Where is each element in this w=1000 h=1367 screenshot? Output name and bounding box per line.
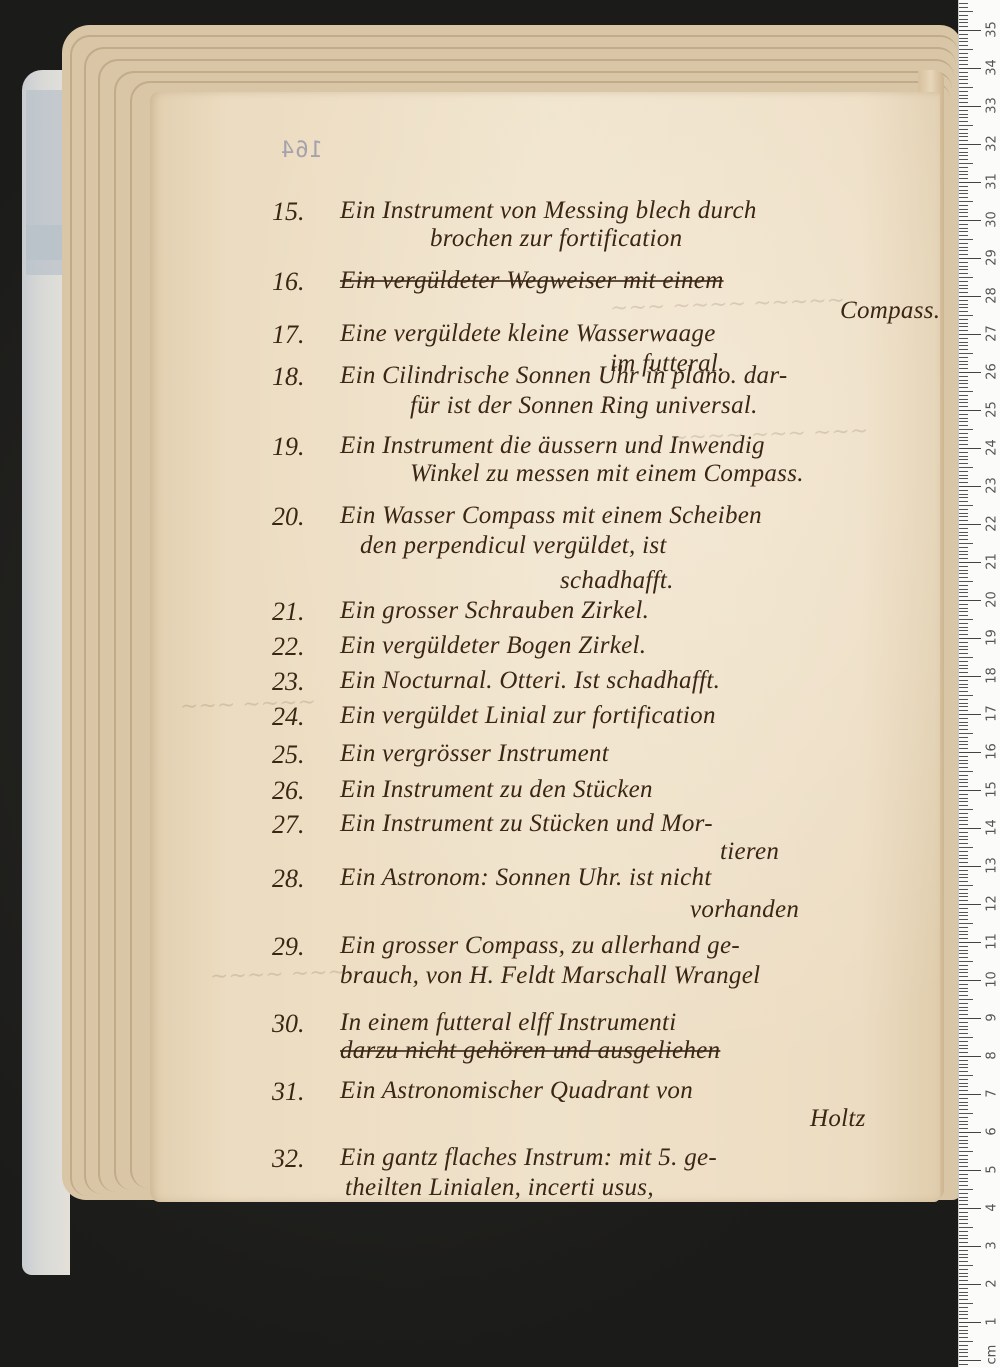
entry-line: Ein Instrument zu Stücken und Mor-	[340, 810, 713, 838]
ruler-tick	[959, 1280, 968, 1281]
ruler-tick	[959, 1090, 968, 1091]
folio-number: 164	[280, 138, 323, 163]
ruler-tick	[959, 406, 968, 407]
ruler-tick	[959, 980, 981, 981]
ruler-tick	[959, 596, 968, 597]
ruler-tick	[959, 817, 968, 818]
ruler-tick	[959, 330, 968, 331]
ruler-tick	[959, 110, 968, 111]
ruler-tick	[959, 1345, 968, 1346]
ruler-cm-label: 16	[985, 743, 1000, 761]
ruler-tick	[959, 399, 968, 400]
ruler-tick	[959, 1022, 968, 1023]
ruler-tick	[959, 186, 968, 187]
ruler-tick	[959, 1098, 968, 1099]
ruler-tick	[959, 600, 981, 601]
ruler-tick	[959, 532, 968, 533]
ruler-tick	[959, 1174, 968, 1175]
ruler-tick	[959, 1045, 968, 1046]
ruler-tick	[959, 627, 968, 628]
ruler-tick	[959, 516, 968, 517]
ruler-tick	[959, 1299, 968, 1300]
ruler-cm-label: 31	[985, 173, 1000, 191]
entry-line: Ein Astronomischer Quadrant von	[340, 1077, 693, 1105]
ruler-tick	[959, 931, 968, 932]
ruler-tick	[959, 946, 968, 947]
ruler-tick	[959, 349, 968, 350]
ruler-tick	[959, 988, 968, 989]
ruler-tick	[959, 889, 968, 890]
ruler-tick	[959, 1212, 968, 1213]
ruler-tick	[959, 725, 968, 726]
ruler-tick	[959, 1242, 968, 1243]
entry-line: Ein gantz flaches Instrum: mit 5. ge-	[340, 1144, 717, 1172]
ruler-cm-label: 10	[985, 971, 1000, 989]
ruler-tick	[959, 1166, 968, 1167]
ruler-tick	[959, 1227, 973, 1228]
ruler-tick	[959, 114, 968, 115]
ruler-tick	[959, 957, 968, 958]
ruler-tick	[959, 934, 968, 935]
ruler-tick	[959, 573, 968, 574]
ruler-tick	[959, 855, 968, 856]
ruler-tick	[959, 638, 981, 639]
ruler-tick	[959, 163, 973, 164]
ruler-cm-label: 19	[985, 629, 1000, 647]
entry-line: darzu nicht gehören und ausgeliehen	[340, 1037, 720, 1065]
ruler-tick	[959, 414, 968, 415]
ruler-cm-label: 30	[985, 211, 1000, 229]
ruler-tick	[959, 1162, 968, 1163]
entry-line: Ein Nocturnal. Otteri. Ist schadhafft.	[340, 667, 720, 695]
ruler-tick	[959, 687, 968, 688]
ruler-tick	[959, 699, 968, 700]
ruler-tick	[959, 269, 968, 270]
ruler-tick	[959, 661, 968, 662]
ruler-tick	[959, 843, 968, 844]
ruler-tick	[959, 296, 981, 297]
ruler-tick	[959, 995, 968, 996]
ruler-tick	[959, 315, 973, 316]
ruler-tick	[959, 763, 968, 764]
ruler-tick	[959, 98, 968, 99]
ruler-cm-label: 6	[985, 1123, 1000, 1141]
ruler-cm-label: 5	[985, 1161, 1000, 1179]
ruler-cm-label: 9	[985, 1009, 1000, 1027]
ruler-tick	[959, 1257, 968, 1258]
ruler-tick	[959, 665, 968, 666]
ruler-tick	[959, 1105, 968, 1106]
ruler-tick	[959, 554, 968, 555]
ruler-tick	[959, 1314, 968, 1315]
entry-number: 32.	[272, 1144, 322, 1174]
ruler-tick	[959, 794, 968, 795]
ruler-tick	[959, 885, 973, 886]
ruler-tick	[959, 1318, 968, 1319]
ruler-tick	[959, 1052, 968, 1053]
entry-number: 26.	[272, 776, 322, 806]
ruler-tick	[959, 509, 968, 510]
ruler-tick	[959, 1330, 968, 1331]
ruler-cm-label: 23	[985, 477, 1000, 495]
ruler-tick	[959, 1155, 968, 1156]
ruler-tick	[959, 1193, 968, 1194]
ruler-tick	[959, 839, 968, 840]
ruler-tick	[959, 1033, 968, 1034]
ruler-tick	[959, 881, 968, 882]
ruler-tick	[959, 167, 968, 168]
ruler-tick	[959, 224, 968, 225]
ruler-tick	[959, 866, 981, 867]
ruler-tick	[959, 391, 973, 392]
ruler-tick	[959, 691, 968, 692]
entry-line: Ein Instrument von Messing blech durch	[340, 197, 757, 225]
ruler-tick	[959, 1326, 968, 1327]
ruler-tick	[959, 1364, 968, 1365]
ruler-tick	[959, 1003, 968, 1004]
entry-line: tieren	[720, 838, 779, 866]
ruler-tick	[959, 49, 973, 50]
ruler-tick	[959, 847, 973, 848]
ruler-tick	[959, 475, 968, 476]
ruler-tick	[959, 1216, 968, 1217]
ruler-tick	[959, 828, 981, 829]
ruler-tick	[959, 171, 968, 172]
ruler-tick	[959, 383, 968, 384]
ruler-tick	[959, 125, 973, 126]
ruler-tick	[959, 893, 968, 894]
ruler-tick	[959, 668, 968, 669]
entry-line: brauch, von H. Feldt Marschall Wrangel	[340, 962, 760, 990]
ruler-tick	[959, 72, 968, 73]
entry-line: schadhafft.	[560, 567, 674, 595]
ruler-tick	[959, 744, 968, 745]
ruler-cm-label: 17	[985, 705, 1000, 723]
bleed-through-text: ~~~~ ~~~	[210, 960, 347, 990]
ruler-tick	[959, 178, 968, 179]
ruler-tick	[959, 334, 981, 335]
ruler-tick	[959, 923, 973, 924]
ruler-tick	[959, 1295, 968, 1296]
ruler-tick	[959, 140, 968, 141]
ruler-tick	[959, 456, 968, 457]
ruler-tick	[959, 41, 968, 42]
ruler-cm-label: 22	[985, 515, 1000, 533]
ruler-tick	[959, 1014, 968, 1015]
ruler-tick	[959, 782, 968, 783]
ruler-tick	[959, 1071, 968, 1072]
ruler-cm-label: 14	[985, 819, 1000, 837]
entry-line: brochen zur fortification	[430, 225, 682, 253]
ruler-tick	[959, 1056, 981, 1057]
ruler-tick	[959, 34, 968, 35]
entry-line: Eine vergüldete kleine Wasserwaage	[340, 320, 716, 348]
ruler-tick	[959, 201, 973, 202]
ruler-tick	[959, 976, 968, 977]
ruler-tick	[959, 824, 968, 825]
ruler-tick	[959, 801, 968, 802]
ruler-cm-label: 4	[985, 1199, 1000, 1217]
ruler-tick	[959, 1265, 973, 1266]
ruler-tick	[959, 1109, 968, 1110]
ruler-tick	[959, 528, 968, 529]
ruler-tick	[959, 1178, 968, 1179]
ruler-tick	[959, 965, 968, 966]
ruler-tick	[959, 307, 968, 308]
ruler-cm-label: 11	[985, 933, 1000, 951]
ruler-tick	[959, 1292, 968, 1293]
ruler-cm-label: 12	[985, 895, 1000, 913]
ruler-tick	[959, 231, 968, 232]
entry-number: 17.	[272, 320, 322, 350]
ruler-tick	[959, 262, 968, 263]
entry-line: Ein vergüldeter Bogen Zirkel.	[340, 632, 646, 660]
ruler-tick	[959, 304, 968, 305]
ruler-tick	[959, 1067, 968, 1068]
ruler-tick	[959, 615, 968, 616]
ruler-tick	[959, 653, 968, 654]
ruler-tick	[959, 364, 968, 365]
ruler-cm-label: 21	[985, 553, 1000, 571]
ruler-tick	[959, 1341, 973, 1342]
ruler-tick	[959, 57, 968, 58]
ruler-tick	[959, 756, 968, 757]
ruler-tick	[959, 494, 968, 495]
ruler-tick	[959, 1029, 968, 1030]
ruler-tick	[959, 1048, 968, 1049]
ruler-tick	[959, 760, 968, 761]
ruler-tick	[959, 695, 973, 696]
ruler-tick	[959, 1219, 968, 1220]
ruler-tick	[959, 338, 968, 339]
ruler-tick	[959, 1303, 973, 1304]
entry-line: theilten Linialen, incerti usus,	[345, 1174, 654, 1202]
ruler-tick	[959, 623, 968, 624]
ruler-tick	[959, 471, 968, 472]
ruler-tick	[959, 634, 968, 635]
ruler-cm-label: 25	[985, 401, 1000, 419]
ruler-tick	[959, 961, 973, 962]
ruler-tick	[959, 832, 968, 833]
ruler-tick	[959, 836, 968, 837]
entry-number: 21.	[272, 597, 322, 627]
ruler-tick	[959, 805, 968, 806]
ruler-tick	[959, 877, 968, 878]
ruler-tick	[959, 482, 968, 483]
ruler-tick	[959, 733, 973, 734]
ruler-tick	[959, 1147, 968, 1148]
ruler-unit-label: cm	[985, 1347, 1000, 1365]
ruler-tick	[959, 919, 968, 920]
ruler-tick	[959, 703, 968, 704]
cover-stain	[26, 225, 66, 275]
ruler-tick	[959, 1360, 981, 1361]
ruler-tick	[959, 7, 968, 8]
ruler-tick	[959, 710, 968, 711]
ruler-tick	[959, 991, 968, 992]
ruler-tick	[959, 182, 981, 183]
entry-number: 22.	[272, 632, 322, 662]
ruler-tick	[959, 79, 968, 80]
ruler-tick	[959, 551, 968, 552]
ruler-tick	[959, 326, 968, 327]
ruler-tick	[959, 722, 968, 723]
ruler-tick	[959, 117, 968, 118]
ruler-tick	[959, 444, 968, 445]
ruler-tick	[959, 1208, 981, 1209]
ruler-cm-label: 8	[985, 1047, 1000, 1065]
ruler-tick	[959, 277, 973, 278]
ruler-tick	[959, 212, 968, 213]
scale-ruler: cm 1234567891011121314151617181920212223…	[958, 0, 1000, 1367]
ruler-tick	[959, 452, 968, 453]
ruler-tick	[959, 1159, 968, 1160]
ruler-tick	[959, 1018, 981, 1019]
ruler-tick	[959, 1170, 981, 1171]
ruler-tick	[959, 281, 968, 282]
ruler-tick	[959, 1246, 981, 1247]
ruler-tick	[959, 152, 968, 153]
ruler-tick	[959, 915, 968, 916]
entry-line: Holtz	[810, 1105, 866, 1133]
ruler-tick	[959, 155, 968, 156]
ruler-tick	[959, 1269, 968, 1270]
ruler-tick	[959, 505, 973, 506]
ruler-tick	[959, 410, 981, 411]
ruler-tick	[959, 102, 968, 103]
ruler-tick	[959, 798, 968, 799]
ruler-tick	[959, 786, 968, 787]
ruler-tick	[959, 342, 968, 343]
ruler-tick	[959, 1132, 981, 1133]
ruler-tick	[959, 1086, 968, 1087]
ruler-tick	[959, 490, 968, 491]
ruler-tick	[959, 463, 968, 464]
entry-line: Ein vergüldeter Wegweiser mit einem	[340, 267, 724, 295]
ruler-tick	[959, 813, 968, 814]
ruler-tick	[959, 121, 968, 122]
ruler-tick	[959, 566, 968, 567]
entry-number: 16.	[272, 267, 322, 297]
ruler-tick	[959, 1238, 968, 1239]
ruler-tick	[959, 1356, 968, 1357]
ruler-tick	[959, 676, 981, 677]
ruler-tick	[959, 570, 968, 571]
ruler-tick	[959, 64, 968, 65]
ruler-tick	[959, 908, 968, 909]
ruler-tick	[959, 68, 981, 69]
ruler-cm-label: 1	[985, 1313, 1000, 1331]
ruler-cm-label: 27	[985, 325, 1000, 343]
ruler-tick	[959, 1026, 968, 1027]
ruler-tick	[959, 478, 968, 479]
ruler-tick	[959, 672, 968, 673]
entry-number: 30.	[272, 1009, 322, 1039]
entry-line: Ein vergrösser Instrument	[340, 740, 609, 768]
ruler-tick	[959, 558, 968, 559]
entry-line: Ein grosser Compass, zu allerhand ge-	[340, 932, 740, 960]
ruler-tick	[959, 83, 968, 84]
ruler-tick	[959, 524, 981, 525]
entry-number: 15.	[272, 197, 322, 227]
ruler-tick	[959, 357, 968, 358]
ruler-tick	[959, 1352, 968, 1353]
ruler-tick	[959, 395, 968, 396]
ruler-tick	[959, 76, 968, 77]
ruler-tick	[959, 604, 968, 605]
entry-number: 23.	[272, 667, 322, 697]
ruler-tick	[959, 1136, 968, 1137]
entry-number: 19.	[272, 432, 322, 462]
ruler-tick	[959, 771, 973, 772]
ruler-tick	[959, 372, 981, 373]
ruler-cm-label: 20	[985, 591, 1000, 609]
ruler-tick	[959, 543, 973, 544]
ruler-tick	[959, 60, 968, 61]
ruler-tick	[959, 748, 968, 749]
ruler-tick	[959, 11, 973, 12]
ruler-tick	[959, 429, 973, 430]
ruler-tick	[959, 258, 981, 259]
ruler-tick	[959, 190, 968, 191]
ruler-tick	[959, 657, 973, 658]
ruler-tick	[959, 1041, 968, 1042]
ruler-tick	[959, 737, 968, 738]
ruler-tick	[959, 425, 968, 426]
ruler-tick	[959, 1143, 968, 1144]
ruler-tick	[959, 874, 968, 875]
entry-line: den perpendicul vergüldet, ist	[360, 532, 667, 560]
entry-line: vorhanden	[690, 896, 799, 924]
ruler-tick	[959, 1311, 968, 1312]
ruler-tick	[959, 904, 981, 905]
ruler-tick	[959, 216, 968, 217]
ruler-tick	[959, 106, 981, 107]
ruler-tick	[959, 95, 968, 96]
ruler-tick	[959, 1140, 968, 1141]
ruler-tick	[959, 292, 968, 293]
ruler-tick	[959, 779, 968, 780]
ruler-tick	[959, 630, 968, 631]
ruler-tick	[959, 433, 968, 434]
ruler-cm-label: 26	[985, 363, 1000, 381]
ruler-tick	[959, 790, 981, 791]
ruler-tick	[959, 38, 968, 39]
ruler-tick	[959, 323, 968, 324]
ruler-cm-label: 32	[985, 135, 1000, 153]
ruler-tick	[959, 1010, 968, 1011]
ruler-tick	[959, 376, 968, 377]
ruler-tick	[959, 440, 968, 441]
ruler-tick	[959, 1261, 968, 1262]
ruler-tick	[959, 193, 968, 194]
ruler-tick	[959, 809, 973, 810]
ruler-tick	[959, 368, 968, 369]
ruler-tick	[959, 1007, 968, 1008]
ruler-tick	[959, 133, 968, 134]
ruler-tick	[959, 1204, 968, 1205]
ruler-tick	[959, 1231, 968, 1232]
ruler-tick	[959, 577, 968, 578]
ruler-tick	[959, 927, 968, 928]
ruler-tick	[959, 1337, 968, 1338]
entry-line: In einem futteral elff Instrumenti	[340, 1009, 677, 1037]
ruler-tick	[959, 513, 968, 514]
ruler-tick	[959, 159, 968, 160]
ruler-tick	[959, 896, 968, 897]
manuscript-page: ~~~ ~~~~ ~~~~~ ~~~~ ~~~ ~~~ ~~~ ~~~~ ~~~…	[150, 92, 940, 1202]
ruler-tick	[959, 1151, 973, 1152]
